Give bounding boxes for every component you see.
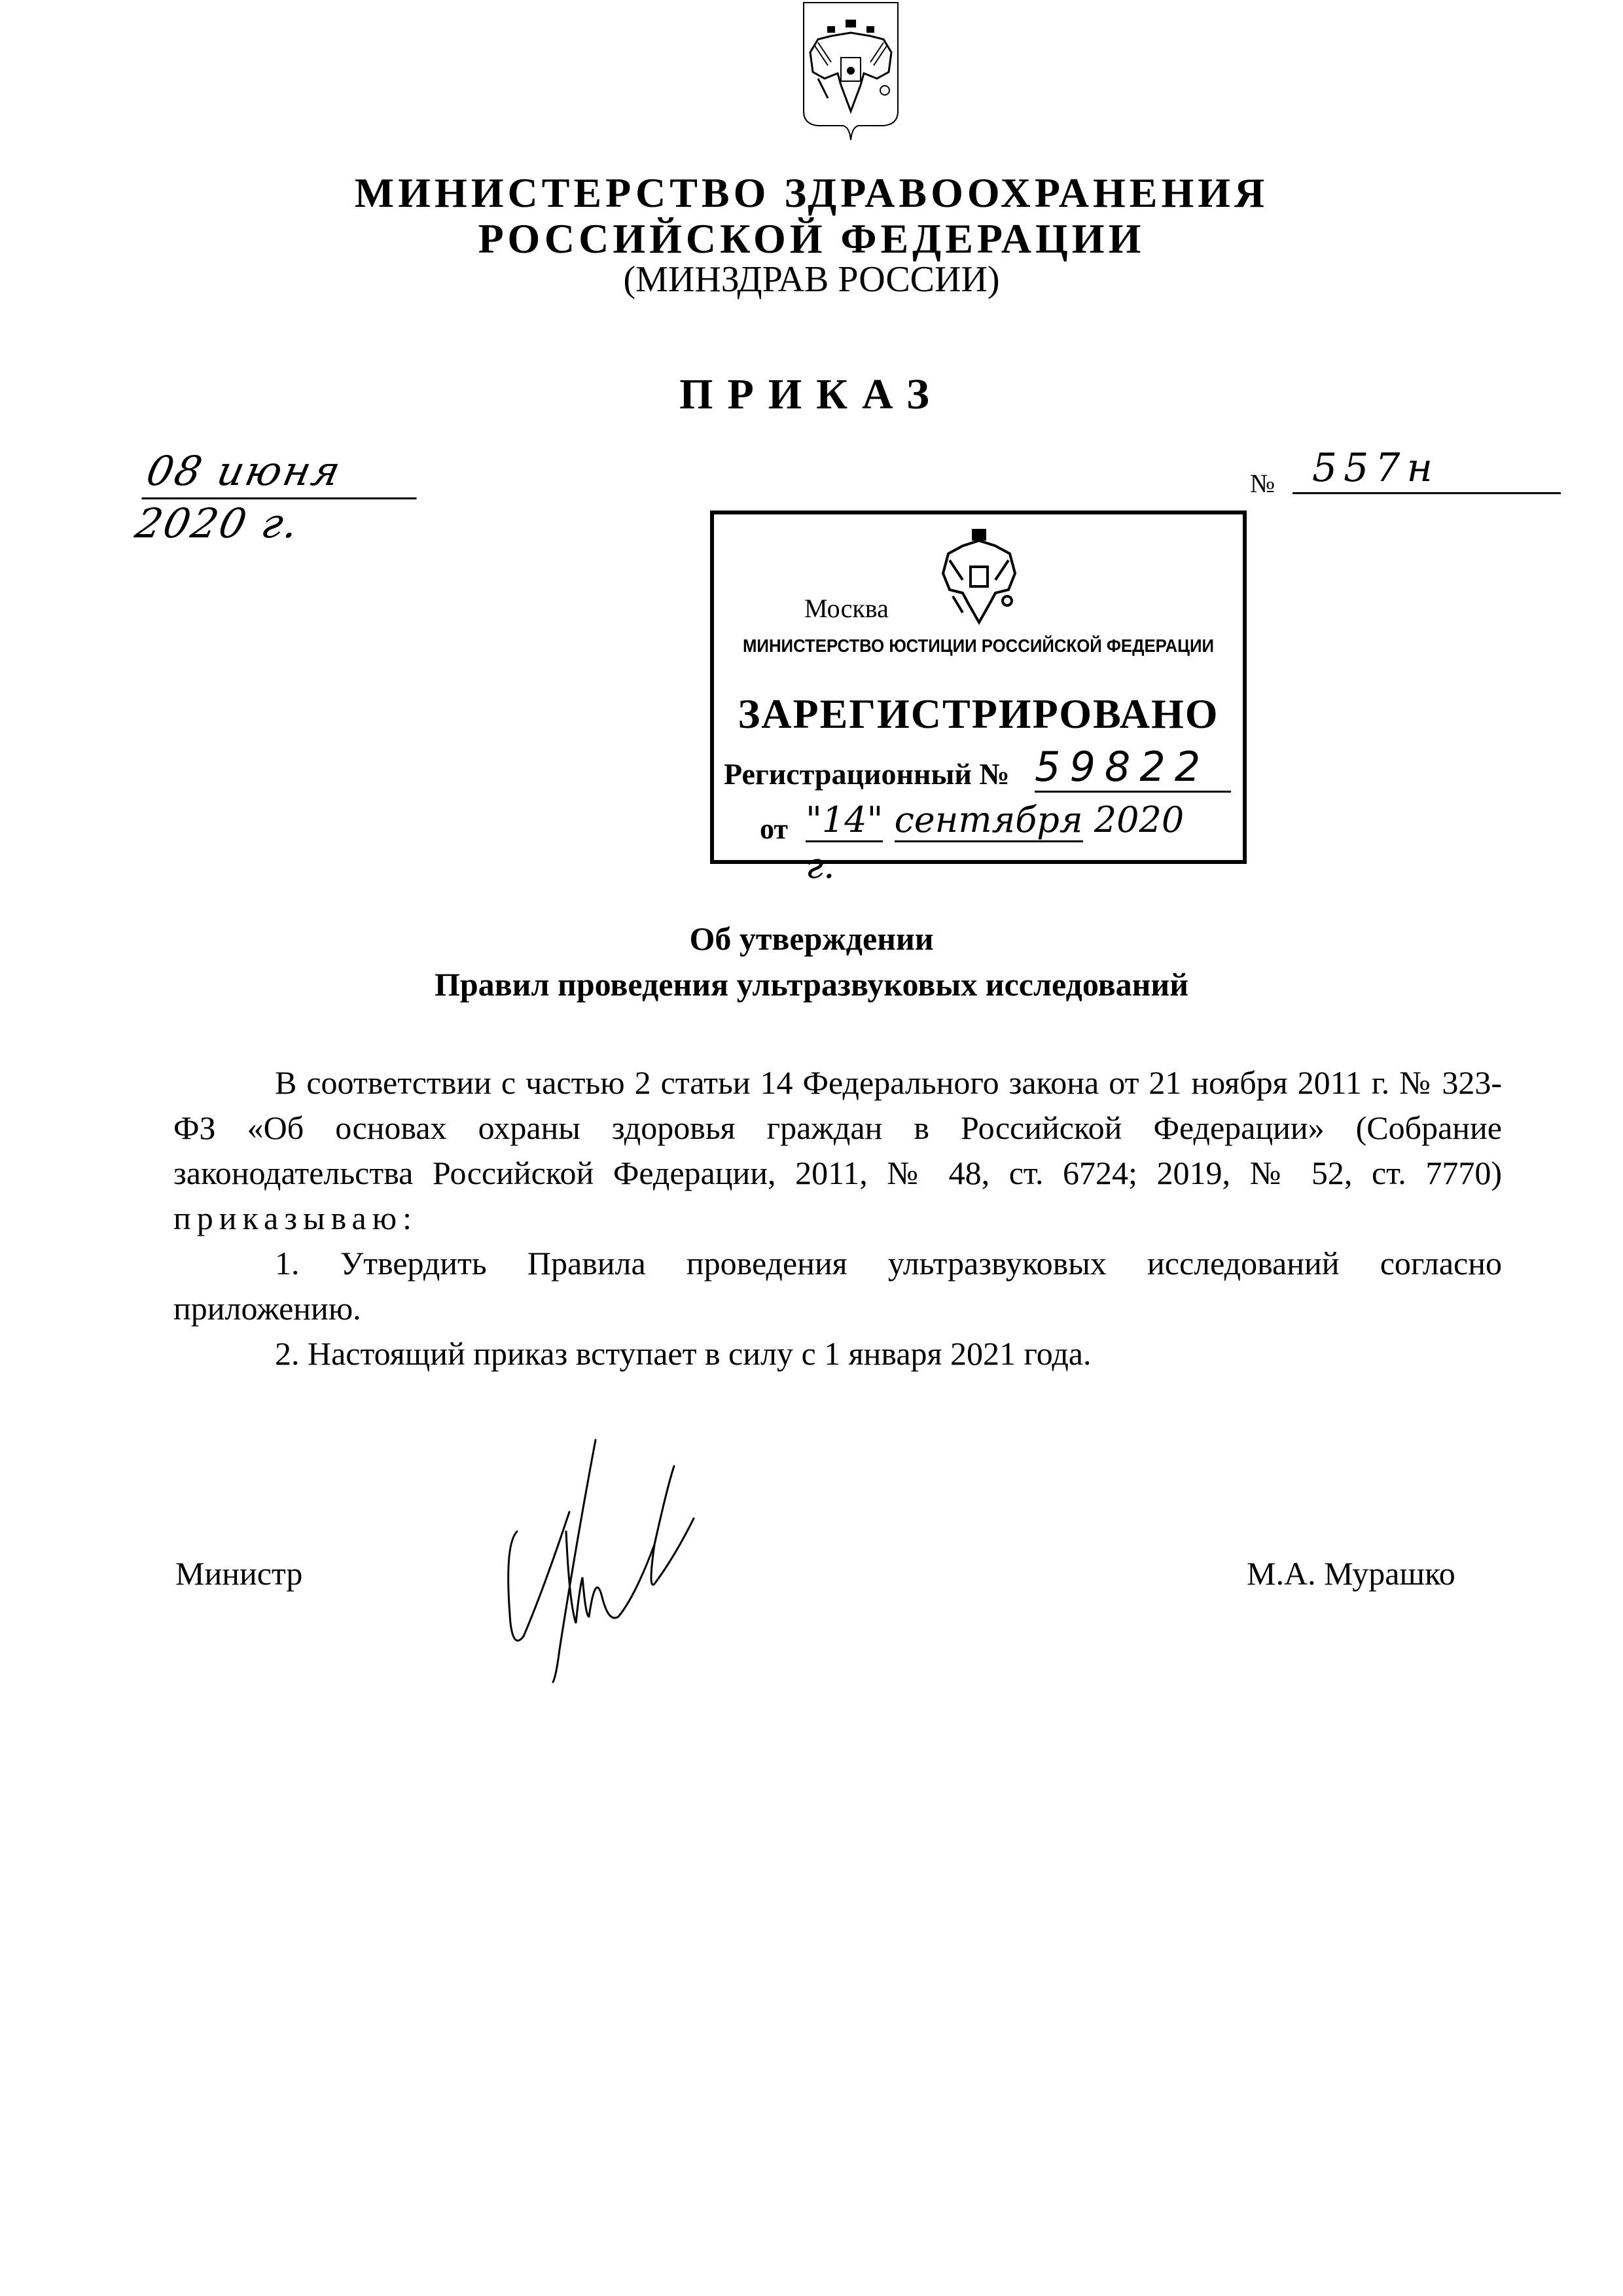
order-word: приказываю:: [173, 1200, 418, 1236]
document-type-title: ПРИКАЗ: [0, 370, 1623, 420]
stamp-coat-of-arms-icon: [936, 528, 1022, 626]
ministry-name-line1: МИНИСТЕРСТВО ЗДРАВООХРАНЕНИЯ: [0, 169, 1623, 217]
registration-stamp: Москва МИНИСТЕРСТВО ЮСТИЦИИ РОССИЙСКОЙ Ф…: [710, 511, 1247, 864]
handwritten-signature-icon: [497, 1427, 798, 1702]
stamp-date-value: "14" сентября 2020 г.: [806, 797, 1198, 843]
order-date-handwritten: 08 июня 2020 г.: [141, 445, 428, 499]
preamble-text: В соответствии с частью 2 статьи 14 Феде…: [173, 1064, 1502, 1191]
order-item-2: 2. Настоящий приказ вступает в силу с 1 …: [173, 1331, 1502, 1376]
stamp-status: ЗАРЕГИСТРИРОВАНО: [714, 690, 1243, 738]
stamp-date-month: сентября: [895, 799, 1083, 842]
stamp-date-label: от: [760, 812, 788, 846]
signatory-position: Министр: [175, 1554, 302, 1592]
preamble-paragraph: В соответствии с частью 2 статьи 14 Феде…: [173, 1060, 1502, 1241]
order-item-1: 1. Утвердить Правила проведения ультразв…: [173, 1241, 1502, 1331]
stamp-date-day: "14": [806, 799, 883, 842]
order-body: В соответствии с частью 2 статьи 14 Феде…: [173, 1060, 1502, 1376]
signatory-name: М.А. Мурашко: [1247, 1554, 1455, 1592]
order-number-handwritten: 557н: [1293, 442, 1561, 494]
stamp-reg-number-value: 59822: [1035, 744, 1231, 793]
order-number-sign: №: [1250, 468, 1275, 499]
subject-line1: Об утверждении: [0, 920, 1623, 958]
stamp-reg-number-label: Регистрационный №: [724, 757, 1010, 791]
subject-line2: Правил проведения ультразвуковых исследо…: [0, 965, 1623, 1003]
ministry-abbreviation: (МИНЗДРАВ РОССИИ): [0, 259, 1623, 300]
ministry-name-line2: РОССИЙСКОЙ ФЕДЕРАЦИИ: [0, 215, 1623, 263]
stamp-city: Москва: [804, 593, 889, 624]
stamp-ministry-name: МИНИСТЕРСТВО ЮСТИЦИИ РОССИЙСКОЙ ФЕДЕРАЦИ…: [735, 636, 1221, 656]
coat-of-arms-icon: [792, 0, 910, 144]
